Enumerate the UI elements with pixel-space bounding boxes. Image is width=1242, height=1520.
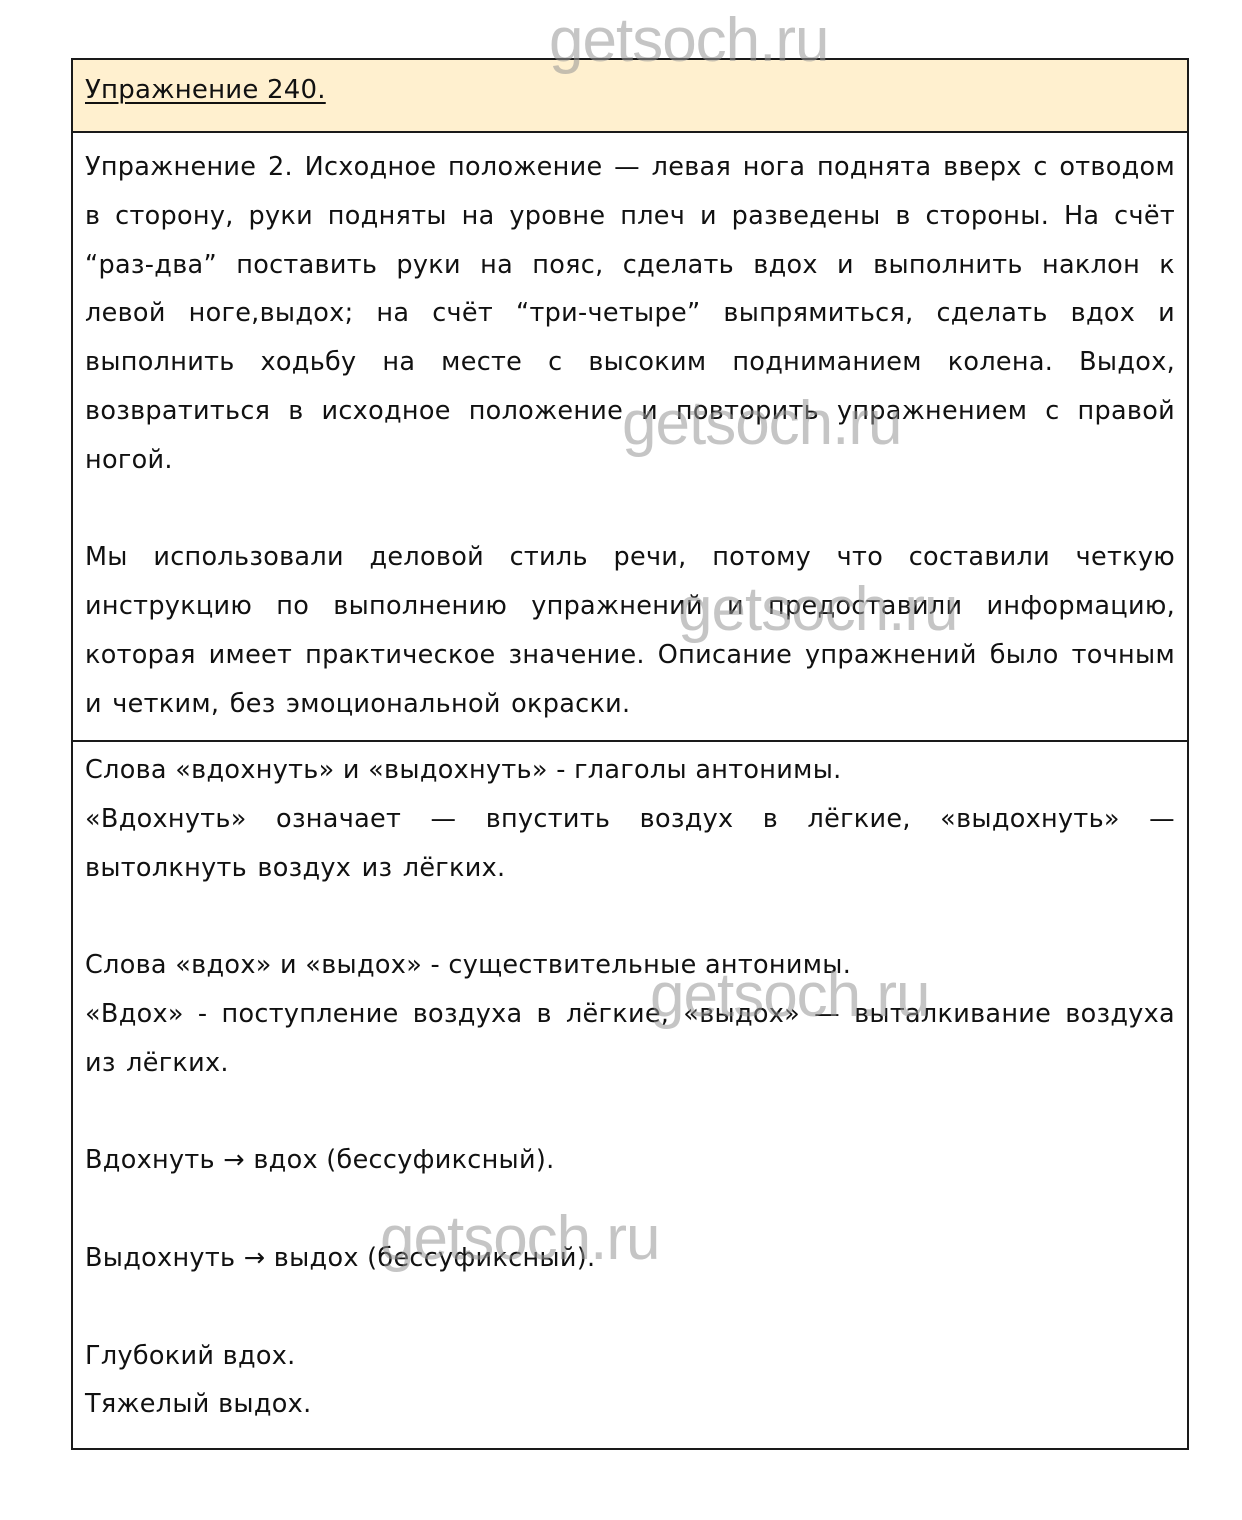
verbs-definition: «Вдохнуть» означает — впустить воздух в … — [85, 795, 1175, 893]
derivation-vydoh: Выдохнуть → выдох (бессуфиксный). — [85, 1234, 1175, 1283]
exercise-table: Упражнение 240. Упражнение 2. Исходное п… — [71, 58, 1189, 1450]
word-analysis-cell: Слова «вдохнуть» и «выдохнуть» - глаголы… — [73, 742, 1187, 1448]
exercise-instruction-paragraph: Упражнение 2. Исходное положение — левая… — [85, 143, 1175, 485]
answer-cell: Упражнение 2. Исходное положение — левая… — [73, 133, 1187, 742]
style-explanation-paragraph: Мы использовали деловой стиль речи, пото… — [85, 533, 1175, 728]
exercise-header: Упражнение 240. — [73, 60, 1187, 133]
nouns-definition: «Вдох» - поступление воздуха в лёгкие, «… — [85, 990, 1175, 1088]
spacer — [85, 485, 1175, 534]
phrase-deep-breath: Глубокий вдох. — [85, 1332, 1175, 1381]
spacer — [85, 1185, 1175, 1234]
spacer — [85, 1088, 1175, 1137]
phrase-heavy-exhale: Тяжелый выдох. — [85, 1380, 1175, 1429]
spacer — [85, 892, 1175, 941]
exercise-title: Упражнение 240. — [85, 72, 1175, 108]
verbs-heading: Слова «вдохнуть» и «выдохнуть» - глаголы… — [85, 746, 1175, 795]
nouns-heading: Слова «вдох» и «выдох» - существительные… — [85, 941, 1175, 990]
spacer — [85, 1283, 1175, 1332]
derivation-vdoh: Вдохнуть → вдох (бессуфиксный). — [85, 1136, 1175, 1185]
